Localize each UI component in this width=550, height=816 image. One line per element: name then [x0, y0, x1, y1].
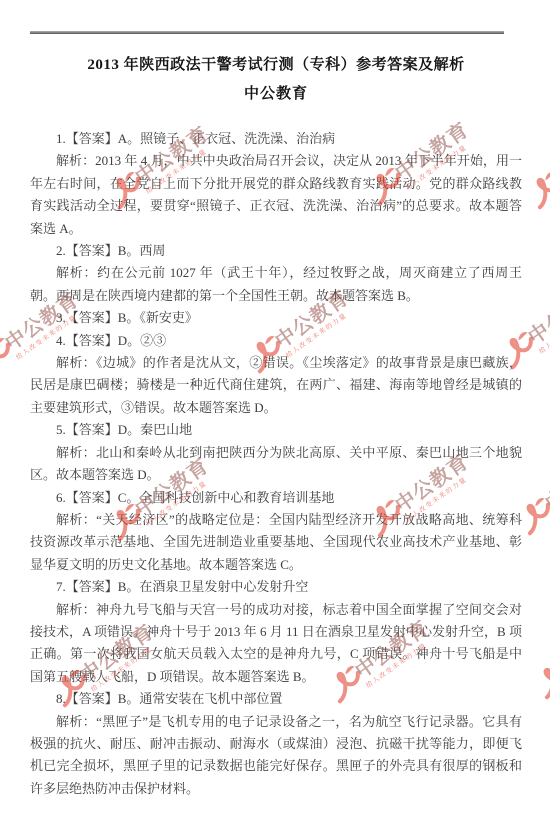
watermark-brand-text: 中公教育	[525, 284, 550, 349]
answer-line: 2.【答案】B。西周	[30, 240, 522, 262]
qa-list: 1.【答案】A。照镜子、正衣冠、洗洗澡、治治病解析：2013 年 4 月，中共中…	[30, 128, 522, 800]
answer-line: 8.【答案】B。通常安装在飞机中部位置	[30, 688, 522, 710]
watermark-brand-text: 中公教育	[542, 450, 550, 515]
offcn-swoosh-icon	[0, 332, 20, 379]
document-title: 2013 年陕西政法干警考试行测（专科）参考答案及解析	[30, 55, 522, 75]
analysis-paragraph: 解析：《边城》的作者是沈从文，②错误。《尘埃落定》的故事背景是康巴藏族，民居是康…	[30, 352, 522, 419]
answer-line: 3.【答案】B。《新安吏》	[30, 307, 522, 329]
answer-line: 7.【答案】B。在酒泉卫星发射中心发射升空	[30, 576, 522, 598]
offcn-swoosh-icon	[522, 166, 550, 213]
analysis-paragraph: 解析：约在公元前 1027 年（武王十年），经过牧野之战，周灭商建立了西周王朝。…	[30, 262, 522, 307]
analysis-paragraph: 解析：2013 年 4 月，中共中央政治局召开会议，决定从 2013 年下半年开…	[30, 150, 522, 240]
document-body: 2013 年陕西政法干警考试行测（专科）参考答案及解析 中公教育 1.【答案】A…	[30, 0, 522, 800]
answer-line: 1.【答案】A。照镜子、正衣冠、洗洗澡、治治病	[30, 128, 522, 150]
offcn-swoosh-icon	[529, 656, 550, 703]
answer-line: 4.【答案】D。②③	[30, 330, 522, 352]
analysis-paragraph: 解析：“关天经济区”的战略定位是：全国内陆型经济开发开放战略高地、统筹科技资源改…	[30, 509, 522, 576]
answer-line: 5.【答案】D。秦巴山地	[30, 419, 522, 441]
document-subtitle: 中公教育	[30, 84, 522, 104]
analysis-paragraph: 解析：北山和秦岭从北到南把陕西分为陕北高原、关中平原、秦巴山地三个地貌区。故本题…	[30, 442, 522, 487]
answer-line: 6.【答案】C。全国科技创新中心和教育培训基地	[30, 487, 522, 509]
watermark-slogan-text: 给人改变未来的力量	[538, 302, 550, 356]
document-page: 2013 年陕西政法干警考试行测（专科）参考答案及解析 中公教育 1.【答案】A…	[0, 0, 550, 816]
analysis-paragraph: 解析：“黑匣子”是飞机专用的电子记录设备之一，名为航空飞行记录器。它具有极强的抗…	[30, 711, 522, 801]
analysis-paragraph: 解析：神舟九号飞船与天宫一号的成功对接，标志着中国全面掌握了空间交会对接技术，A…	[30, 599, 522, 689]
